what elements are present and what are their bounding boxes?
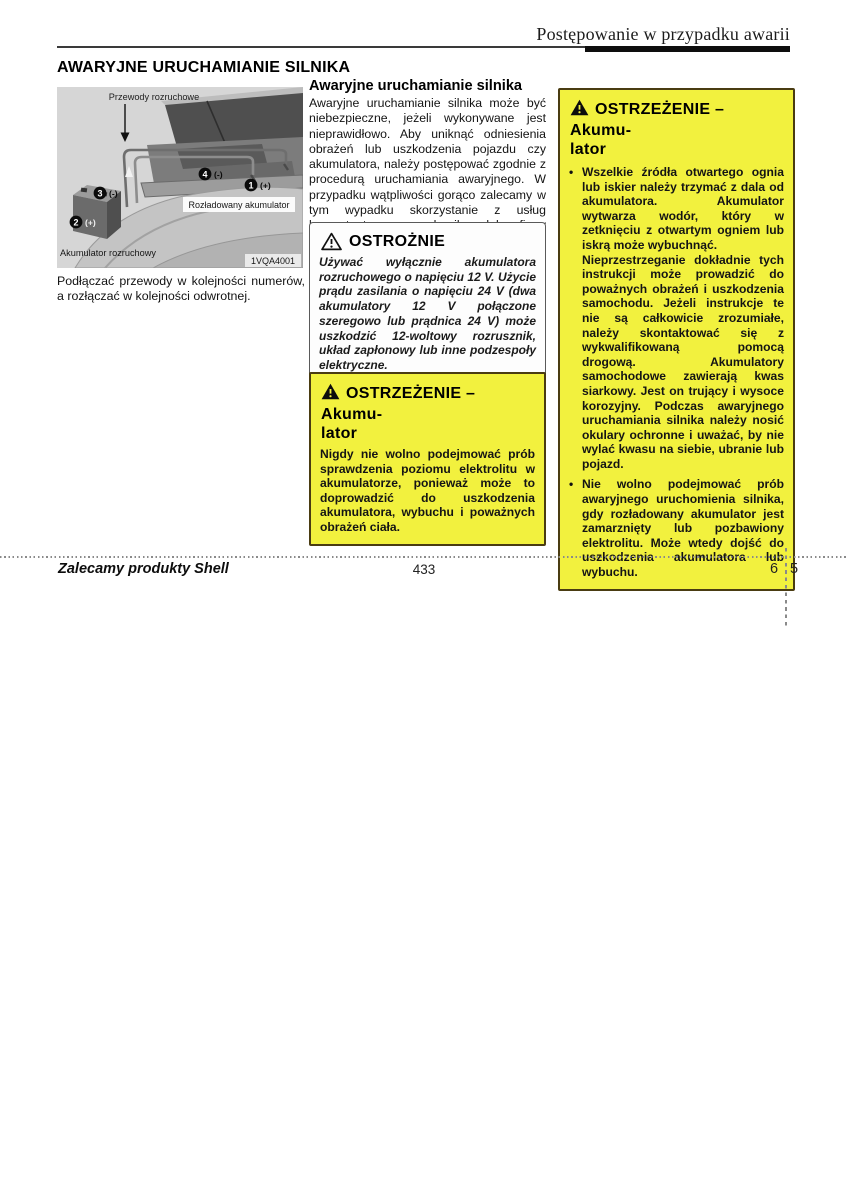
bullet-1-text: Wszelkie źródła otwartego ognia lub iski… <box>582 165 784 471</box>
manual-page: Postępowanie w przypadku awarii AWARYJNE… <box>0 0 848 1200</box>
bullet-1-paragraph-2: Nieprzestrzeganie dokładnie tych instruk… <box>582 253 784 472</box>
battery-terminal <box>81 188 87 193</box>
caution-title: OSTROŻNIE <box>321 232 536 251</box>
svg-text:(-): (-) <box>109 188 118 198</box>
running-header-title: Postępowanie w przypadku awarii <box>536 24 790 45</box>
warning-bullet-2: • Nie wolno podejmować prób awaryjnego u… <box>569 477 784 579</box>
bullet-marker: • <box>569 477 582 579</box>
header-rule-thick <box>585 46 790 52</box>
warning-box-battery: OSTRZEŻENIE – Akumu- lator Nigdy nie wol… <box>309 372 546 546</box>
caution-title-text: OSTROŻNIE <box>349 233 445 251</box>
figure-caption: Podłączać przewody w kolejności numerów,… <box>57 274 305 305</box>
bullet-2-text: Nie wolno podejmować prób awaryjnego uru… <box>582 477 784 579</box>
side-warning-title-line2: lator <box>570 141 606 158</box>
svg-text:3: 3 <box>97 188 102 198</box>
jump-start-figure: Przewody rozruchowe 4 (-) 1 (+) 3 (-) <box>57 87 303 268</box>
svg-text:(-): (-) <box>214 169 223 179</box>
warning-title: OSTRZEŻENIE – Akumu- lator <box>321 383 535 443</box>
warning-bullet-1: • Wszelkie źródła otwartego ognia lub is… <box>569 165 784 471</box>
footer-brand-note: Zalecamy produkty Shell <box>58 561 229 577</box>
svg-text:2: 2 <box>73 217 78 227</box>
svg-text:1: 1 <box>248 180 253 190</box>
caution-box: OSTROŻNIE Używać wyłącznie akumulatora r… <box>309 222 546 383</box>
figure-code: 1VQA4001 <box>251 256 295 266</box>
engine-bay-illustration: Przewody rozruchowe 4 (-) 1 (+) 3 (-) <box>57 87 303 268</box>
svg-text:(+): (+) <box>260 180 271 190</box>
footer-dotted-rule <box>0 556 848 558</box>
warning-body: Nigdy nie wolno podejmować prób sprawdze… <box>320 447 535 535</box>
side-warning-box-battery: OSTRZEŻENIE – Akumu- lator • Wszelkie źr… <box>558 88 795 591</box>
label-discharged-battery: Rozładowany akumulator <box>188 200 289 210</box>
svg-text:(+): (+) <box>85 217 96 227</box>
label-jumper-cables: Przewody rozruchowe <box>109 92 199 102</box>
caution-triangle-icon <box>321 232 342 251</box>
warning-title-line2: lator <box>321 425 357 442</box>
side-warning-title-line1: OSTRZEŻENIE – Akumu- <box>570 101 724 139</box>
svg-text:4: 4 <box>202 169 207 179</box>
footer-chapter-number: 6 <box>770 561 778 577</box>
footer-page-number: 433 <box>404 562 444 577</box>
warning-title-line1: OSTRZEŻENIE – Akumu- <box>321 385 475 423</box>
footer-chapter-page-number: 5 <box>790 561 798 577</box>
warning-triangle-icon <box>570 99 589 121</box>
section-heading: Awaryjne uruchamianie silnika <box>309 78 546 94</box>
page-title: AWARYJNE URUCHAMIANIE SILNIKA <box>57 59 350 77</box>
bullet-1-paragraph-1: Wszelkie źródła otwartego ognia lub iski… <box>582 165 784 253</box>
bullet-marker: • <box>569 165 582 471</box>
label-booster-battery: Akumulator rozruchowy <box>60 248 156 258</box>
footer-vertical-dashed-rule <box>785 548 787 628</box>
side-warning-title: OSTRZEŻENIE – Akumu- lator <box>570 99 784 159</box>
warning-triangle-icon <box>321 383 340 405</box>
caution-body: Używać wyłącznie akumulatora rozruchoweg… <box>319 255 536 373</box>
